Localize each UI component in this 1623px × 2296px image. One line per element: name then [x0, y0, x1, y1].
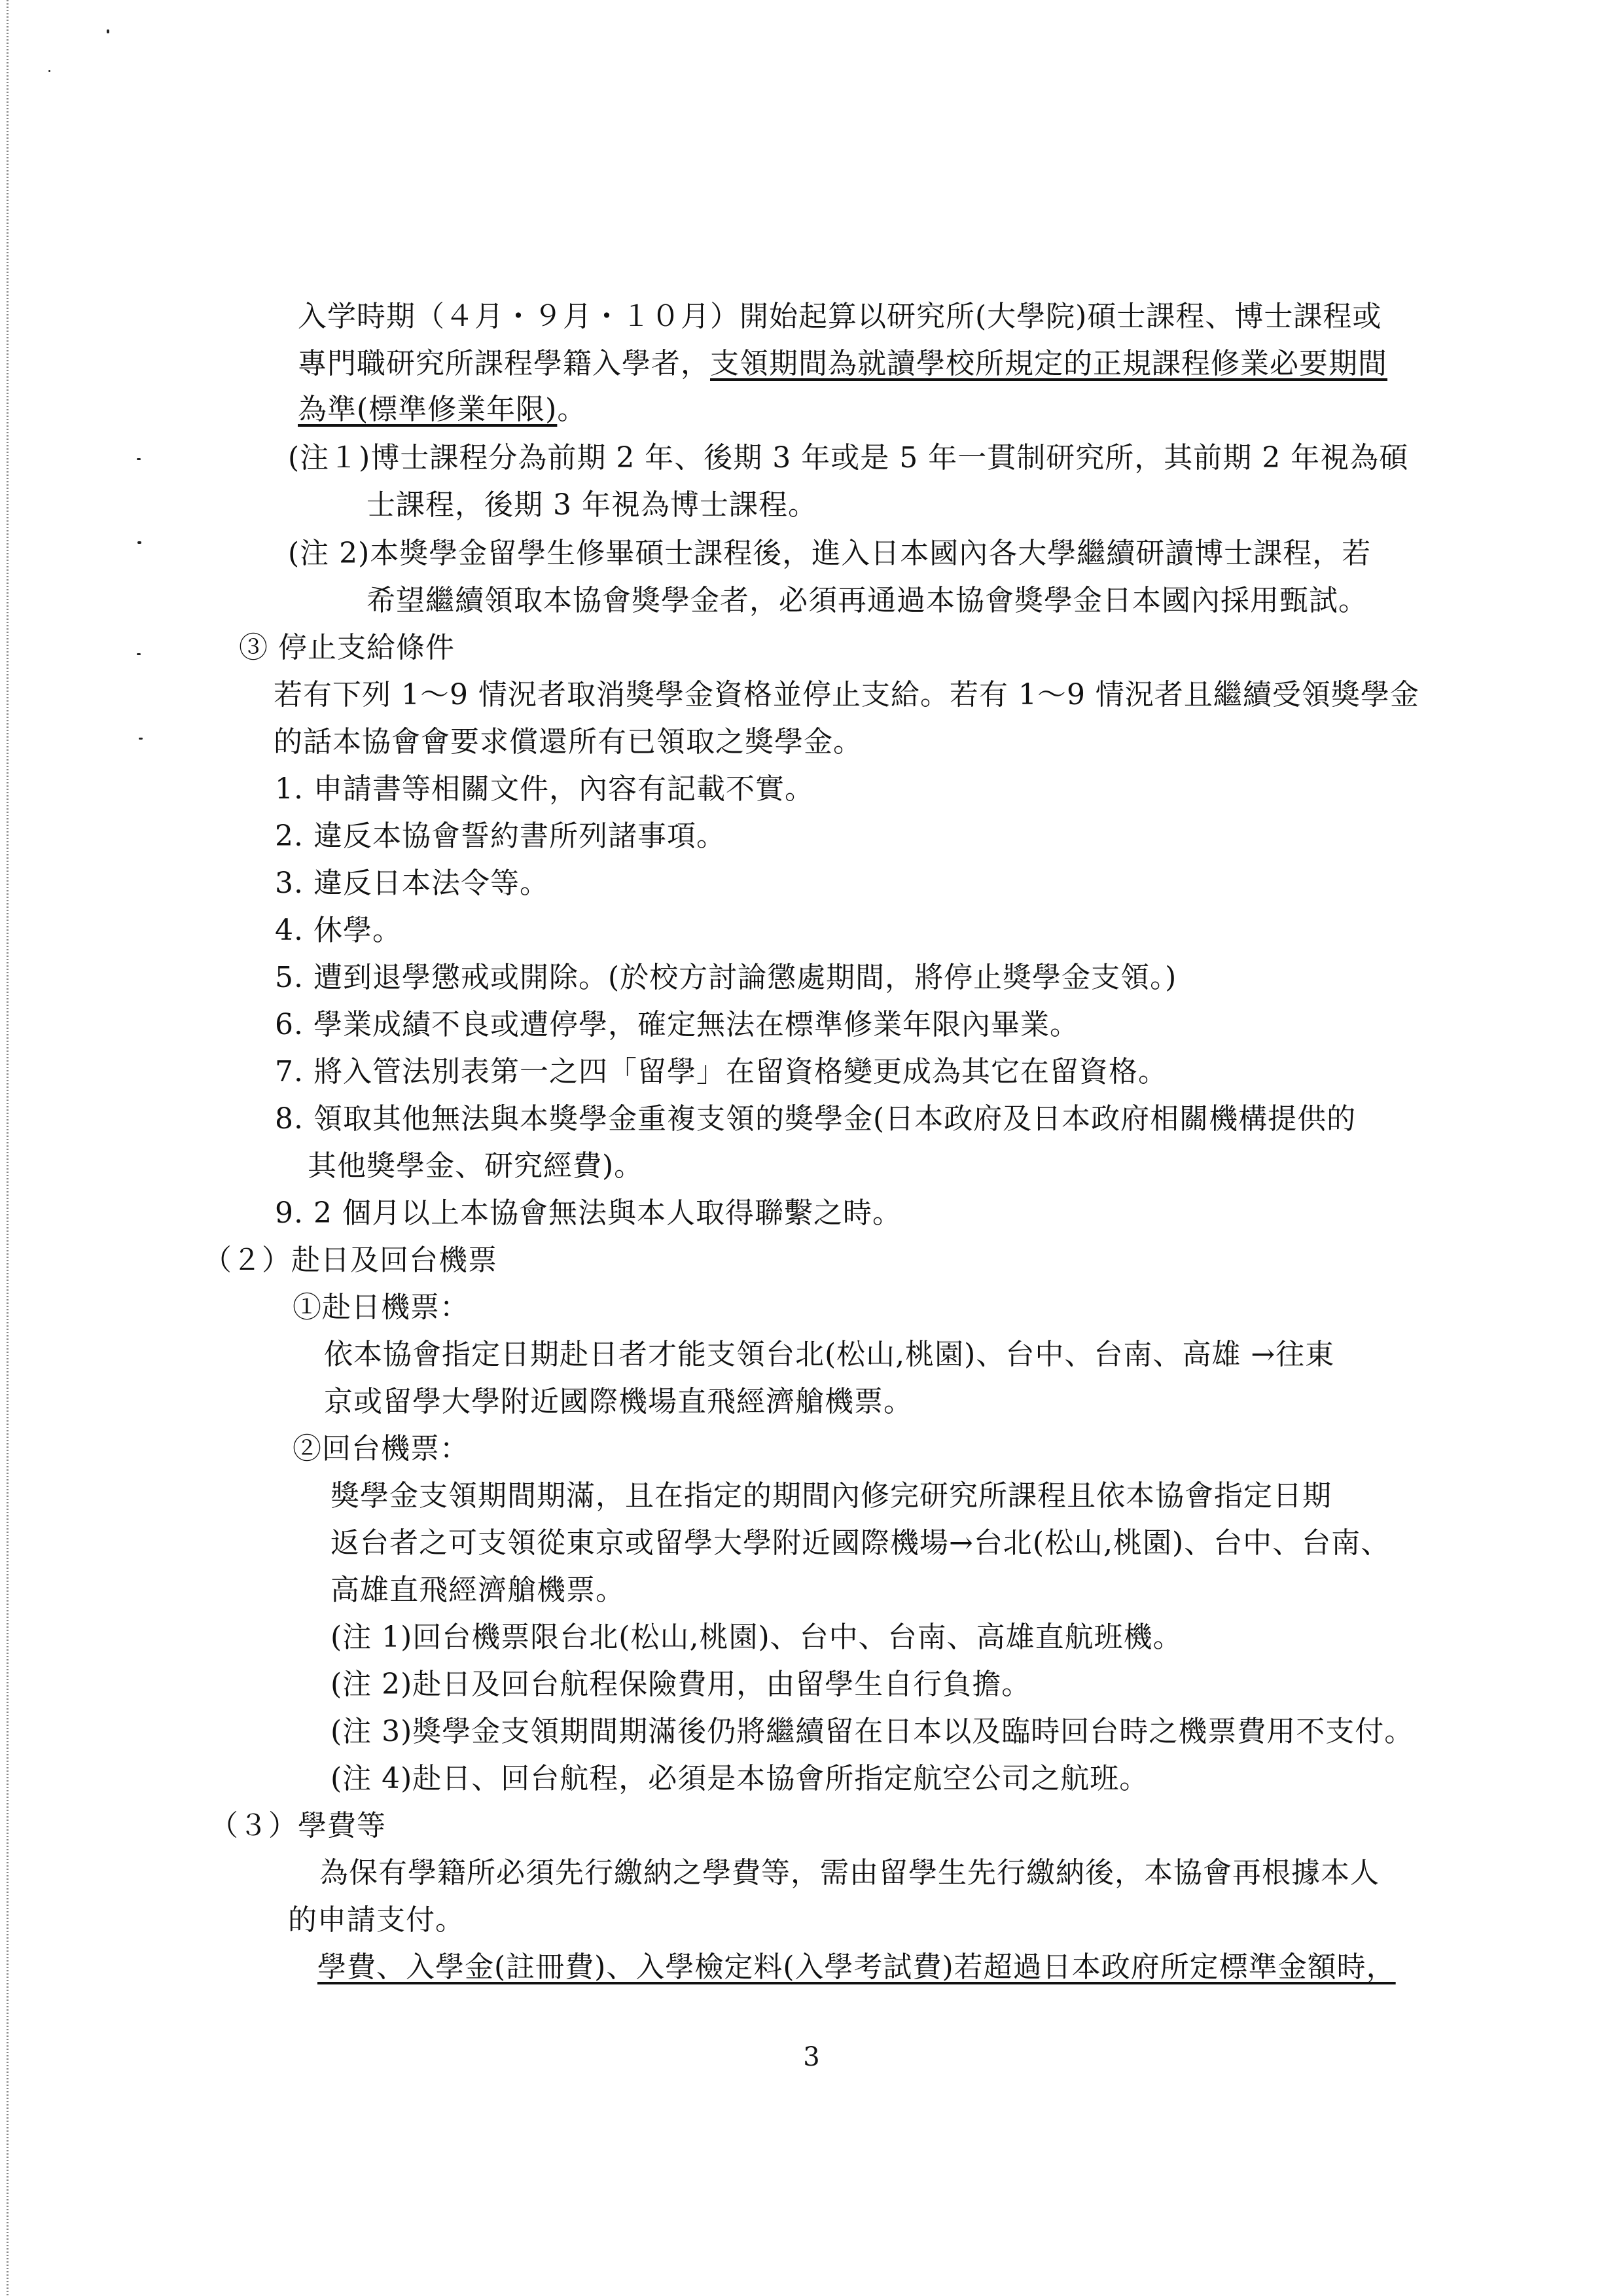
scan-speck	[107, 29, 109, 33]
list-item: 6. 學業成績不良或遭停學，確定無法在標準修業年限內畢業。	[275, 1007, 1079, 1043]
section-heading: （２）赴日及回台機票	[203, 1242, 497, 1279]
list-item-continuation: 其他獎學金、研究經費)。	[308, 1148, 643, 1185]
paragraph-line: 專門職研究所課程學籍入學者，支領期間為就讀學校所規定的正規課程修業必要期間	[298, 346, 1387, 382]
scan-speck	[137, 458, 141, 460]
paragraph-line: 京或留學大學附近國際機場直飛經濟艙機票。	[324, 1384, 913, 1420]
list-item: 5. 遭到退學懲戒或開除。(於校方討論懲處期間，將停止獎學金支領。)	[275, 960, 1177, 996]
paragraph-line: 為準(標準修業年限)。	[298, 391, 586, 428]
note-line: (注 2)赴日及回台航程保險費用，由留學生自行負擔。	[330, 1666, 1031, 1703]
note-line: (注１)博士課程分為前期 2 年、後期 3 年或是 5 年一貫制研究所，其前期 …	[288, 440, 1408, 476]
scan-speck	[137, 653, 141, 655]
scan-speck	[137, 541, 141, 544]
underlined-text: 支領期間為就讀學校所規定的正規課程修業必要期間	[710, 347, 1387, 380]
paragraph-line: 依本協會指定日期赴日者才能支領台北(松山,桃園)、台中、台南、高雄 →往東	[324, 1336, 1334, 1373]
plain-text: 。	[557, 393, 586, 426]
paragraph-line: 入学時期（４月・９月・１０月）開始起算以研究所(大學院)碩士課程、博士課程或	[298, 298, 1382, 335]
paragraph-line: 返台者之可支領從東京或留學大學附近國際機場→台北(松山,桃園)、台中、台南、	[330, 1525, 1390, 1562]
list-item: 9. 2 個月以上本協會無法與本人取得聯繫之時。	[275, 1195, 902, 1232]
note-line: (注 2)本獎學金留學生修畢碩士課程後，進入日本國內各大學繼續研讀博士課程，若	[288, 535, 1371, 572]
paragraph-line: 的話本協會會要求償還所有已領取之獎學金。	[274, 724, 863, 761]
subsection-heading: ①赴日機票：	[293, 1289, 469, 1326]
underlined-paragraph-line: 學費、入學金(註冊費)、入學檢定料(入學考試費)若超過日本政府所定標準金額時，	[317, 1949, 1396, 1986]
section-heading: ③ 停止支給條件	[239, 630, 455, 666]
underlined-text: 為準(標準修業年限)	[298, 393, 557, 426]
scan-speck	[139, 738, 143, 740]
note-line: 希望繼續領取本協會獎學金者，必須再通過本協會獎學金日本國內採用甄試。	[366, 583, 1368, 619]
scan-speck	[48, 70, 50, 72]
list-item: 4. 休學。	[275, 912, 402, 949]
scan-edge-line	[7, 0, 9, 2296]
list-item: 3. 違反日本法令等。	[275, 865, 549, 902]
note-line: 士課程，後期 3 年視為博士課程。	[366, 487, 817, 524]
plain-text: 專門職研究所課程學籍入學者，	[298, 347, 710, 380]
paragraph-line: 為保有學籍所必須先行繳納之學費等，需由留學生先行繳納後，本協會再根據本人	[319, 1855, 1380, 1892]
list-item: 1. 申請書等相關文件，內容有記載不實。	[275, 771, 814, 808]
page-number: 3	[803, 2041, 819, 2073]
paragraph-line: 的申請支付。	[288, 1902, 465, 1939]
note-line: (注 4)赴日、回台航程，必須是本協會所指定航空公司之航班。	[330, 1761, 1149, 1797]
list-item: 7. 將入管法別表第一之四「留學」在留資格變更成為其它在留資格。	[275, 1054, 1168, 1090]
subsection-heading: ②回台機票：	[293, 1431, 469, 1467]
paragraph-line: 獎學金支領期間期滿，且在指定的期間內修完研究所課程且依本協會指定日期	[330, 1478, 1332, 1515]
paragraph-line: 若有下列 1～9 情況者取消獎學金資格並停止支給。若有 1～9 情況者且繼續受領…	[274, 677, 1419, 713]
section-heading: （３）學費等	[209, 1808, 386, 1844]
paragraph-line: 高雄直飛經濟艙機票。	[330, 1572, 625, 1609]
note-line: (注 3)獎學金支領期間期滿後仍將繼續留在日本以及臨時回台時之機票費用不支付。	[330, 1713, 1414, 1750]
list-item: 2. 違反本協會誓約書所列諸事項。	[275, 818, 726, 855]
document-page: 入学時期（４月・９月・１０月）開始起算以研究所(大學院)碩士課程、博士課程或 專…	[0, 0, 1623, 2296]
list-item: 8. 領取其他無法與本獎學金重複支領的獎學金(日本政府及日本政府相關機構提供的	[275, 1101, 1356, 1138]
note-line: (注 1)回台機票限台北(松山,桃園)、台中、台南、高雄直航班機。	[330, 1619, 1183, 1656]
